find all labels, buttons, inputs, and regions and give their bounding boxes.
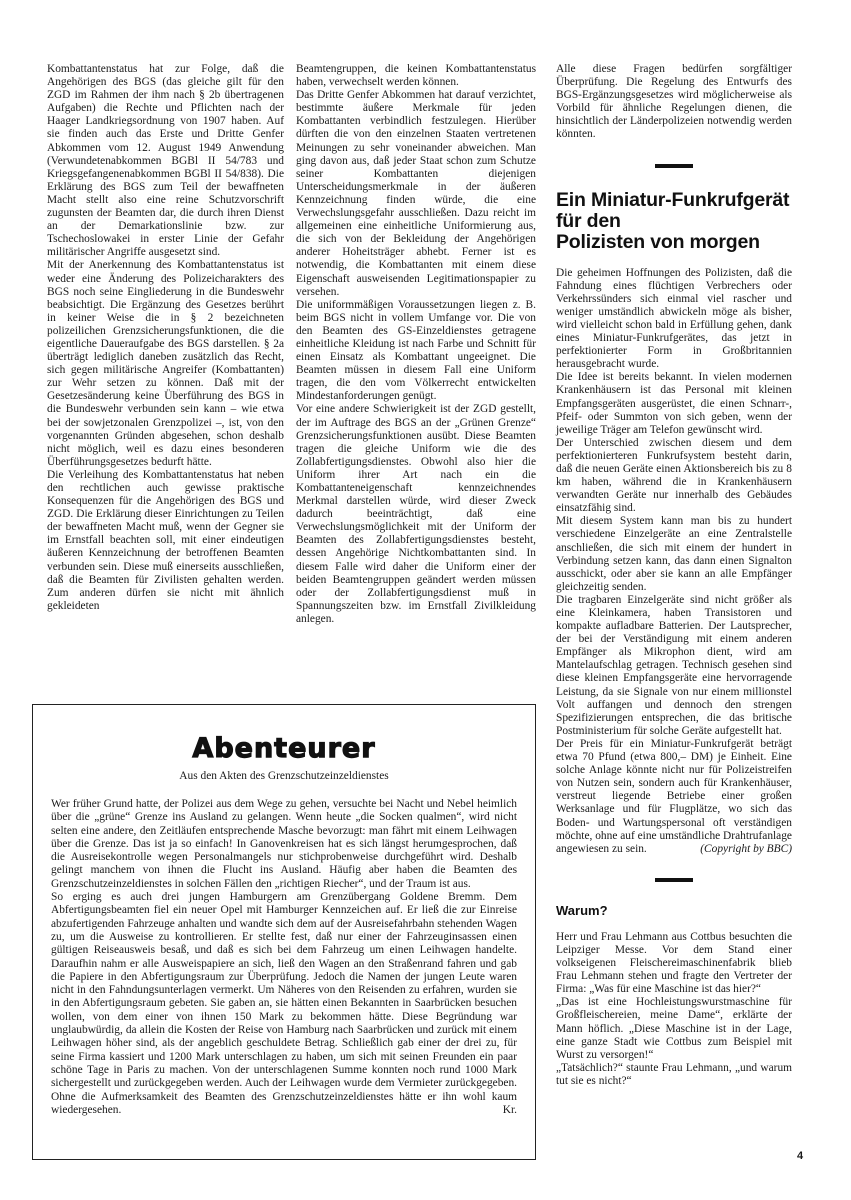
paragraph-with-signature: So erging es auch drei jungen Hamburgern… (51, 891, 517, 1117)
article-headline: Ein Miniatur-Funkrufgerät für den Polizi… (556, 190, 792, 253)
box-subtitle: Aus den Akten des Grenzschutzeinzeldiens… (33, 770, 535, 782)
paragraph: „Tatsächlich?“ staunte Frau Lehmann, „un… (556, 1062, 792, 1088)
paragraph: Beamtengruppen, die keinen Kombattantens… (296, 63, 536, 89)
boxed-story: Abenteurer Aus den Akten des Grenzschutz… (32, 704, 536, 1160)
paragraph: Vor eine andere Schwierigkeit ist der ZG… (296, 403, 536, 626)
paragraph: Herr und Frau Lehmann aus Cottbus besuch… (556, 931, 792, 996)
paragraph: „Das ist eine Hochleistungswurstmaschine… (556, 996, 792, 1061)
column-2: Beamtengruppen, die keinen Kombattantens… (296, 63, 536, 626)
section-divider (655, 878, 693, 882)
paragraph: Alle diese Fragen bedürfen sorgfältiger … (556, 63, 792, 142)
copyright-notice: (Copyright by BBC) (700, 843, 792, 856)
headline-line: Polizisten von morgen (556, 232, 792, 253)
section-divider (655, 164, 693, 168)
author-signature: Kr. (503, 1104, 517, 1117)
column-1: Kombattantenstatus hat zur Folge, daß di… (47, 63, 284, 613)
paragraph: Mit diesem System kann man bis zu hunder… (556, 515, 792, 594)
paragraph: Die tragbaren Einzelgeräte sind nicht gr… (556, 594, 792, 738)
paragraph: Der Preis für ein Miniatur-Funkrufgerät … (556, 738, 792, 855)
paragraph: Wer früher Grund hatte, der Polizei aus … (51, 798, 517, 891)
page-number: 4 (797, 1150, 803, 1162)
paragraph: Das Dritte Genfer Abkommen hat darauf ve… (296, 89, 536, 299)
anecdote-heading: Warum? (556, 904, 792, 917)
paragraph: Kombattantenstatus hat zur Folge, daß di… (47, 63, 284, 259)
box-body: Wer früher Grund hatte, der Polizei aus … (51, 798, 517, 1117)
paragraph: Die Verleihung des Kombattantenstatus ha… (47, 469, 284, 613)
last-paragraph-block: Der Preis für ein Miniatur-Funkrufgerät … (556, 738, 792, 856)
headline-line: für den (556, 211, 792, 232)
paragraph: Die geheimen Hoffnungen des Polizisten, … (556, 267, 792, 372)
paragraph: Die Idee ist bereits bekannt. In vielen … (556, 371, 792, 436)
paragraph: So erging es auch drei jungen Hamburgern… (51, 891, 517, 1116)
paragraph: Mit der Anerkennung des Kombattantenstat… (47, 259, 284, 469)
paragraph: Die uniformmäßigen Voraussetzungen liege… (296, 299, 536, 404)
column-3: Alle diese Fragen bedürfen sorgfältiger … (556, 63, 792, 1088)
paragraph: Der Unterschied zwischen diesem und dem … (556, 437, 792, 516)
box-title: Abenteurer (33, 733, 535, 764)
headline-line: Ein Miniatur-Funkrufgerät (556, 190, 792, 211)
